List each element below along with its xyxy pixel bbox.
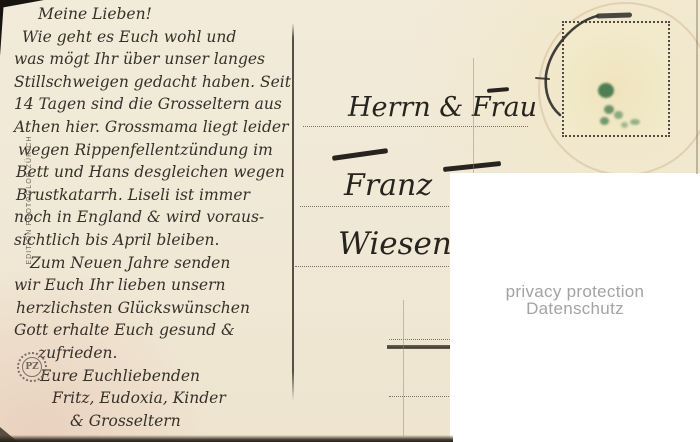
- message-line: Athen hier. Grossmama liegt leider: [14, 116, 300, 139]
- message-line: Zum Neuen Jahre senden: [30, 252, 300, 275]
- address-dotted-line: [295, 266, 453, 267]
- card-edge-right: [696, 0, 698, 174]
- message-line: Fritz, Eudoxia, Kinder: [52, 387, 300, 410]
- privacy-overlay: privacy protection Datenschutz: [450, 173, 700, 442]
- publisher-logo-icon: PZ: [17, 352, 47, 382]
- privacy-overlay-text: privacy protection Datenschutz: [506, 283, 645, 317]
- message-line: wir Euch Ihr lieben unsern: [14, 274, 300, 297]
- publisher-imprint: EDITION PHOTOGLOB ZÜRICH: [26, 135, 38, 265]
- message-line: Gott erhalte Euch gesund &: [14, 319, 300, 342]
- privacy-line-en: privacy protection: [506, 283, 645, 300]
- message-line: 14 Tagen sind die Grosseltern aus: [14, 93, 300, 116]
- message-line: zufrieden.: [38, 342, 300, 365]
- message-line: Stillschweigen gedacht haben. Seit: [14, 71, 300, 94]
- address-dotted-line: [389, 339, 452, 340]
- stamp-green-stain: [621, 122, 628, 128]
- address-dotted-line: [300, 206, 453, 207]
- message-line: Bett und Hans desgleichen wegen: [16, 161, 300, 184]
- message-line: Wie geht es Euch wohl und: [22, 26, 300, 49]
- message-line: noch in England & wird voraus-: [14, 206, 300, 229]
- heavy-pen-line: [387, 345, 453, 349]
- postmark-icon: [530, 8, 610, 128]
- stamp-green-stain: [630, 119, 640, 125]
- card-edge-bottom: [0, 435, 453, 442]
- card-edge-top-left: [0, 0, 4, 56]
- postcard-back: Meine Lieben! Wie geht es Euch wohl und …: [0, 0, 700, 442]
- handwritten-message: Meine Lieben! Wie geht es Euch wohl und …: [14, 3, 300, 432]
- pen-flourish-stroke: [443, 161, 501, 172]
- message-line: wegen Rippenfellentzündung im: [18, 139, 300, 162]
- message-line: was mögt Ihr über unser langes: [14, 48, 300, 71]
- message-line: sichtlich bis April bleiben.: [14, 229, 300, 252]
- pen-flourish-stroke: [332, 148, 388, 160]
- message-line: herzlichsten Glückswünschen: [16, 297, 300, 320]
- privacy-line-de: Datenschutz: [506, 300, 645, 317]
- address-dotted-line: [389, 396, 453, 397]
- address-line-name: Franz: [344, 168, 432, 203]
- stamp-green-stain: [614, 111, 623, 119]
- card-crease: [403, 300, 404, 436]
- address-divider-line: [292, 23, 294, 401]
- message-line: Eure Euchliebenden: [40, 365, 300, 388]
- card-crease: [473, 58, 474, 173]
- message-line: Meine Lieben!: [38, 3, 300, 26]
- message-line: Brustkatarrh. Liseli ist immer: [16, 184, 300, 207]
- address-dotted-line: [303, 126, 528, 127]
- address-line-recipient: Herrn & Frau: [348, 92, 537, 123]
- message-line: & Grosseltern: [70, 410, 300, 433]
- publisher-logo-monogram: PZ: [22, 357, 42, 377]
